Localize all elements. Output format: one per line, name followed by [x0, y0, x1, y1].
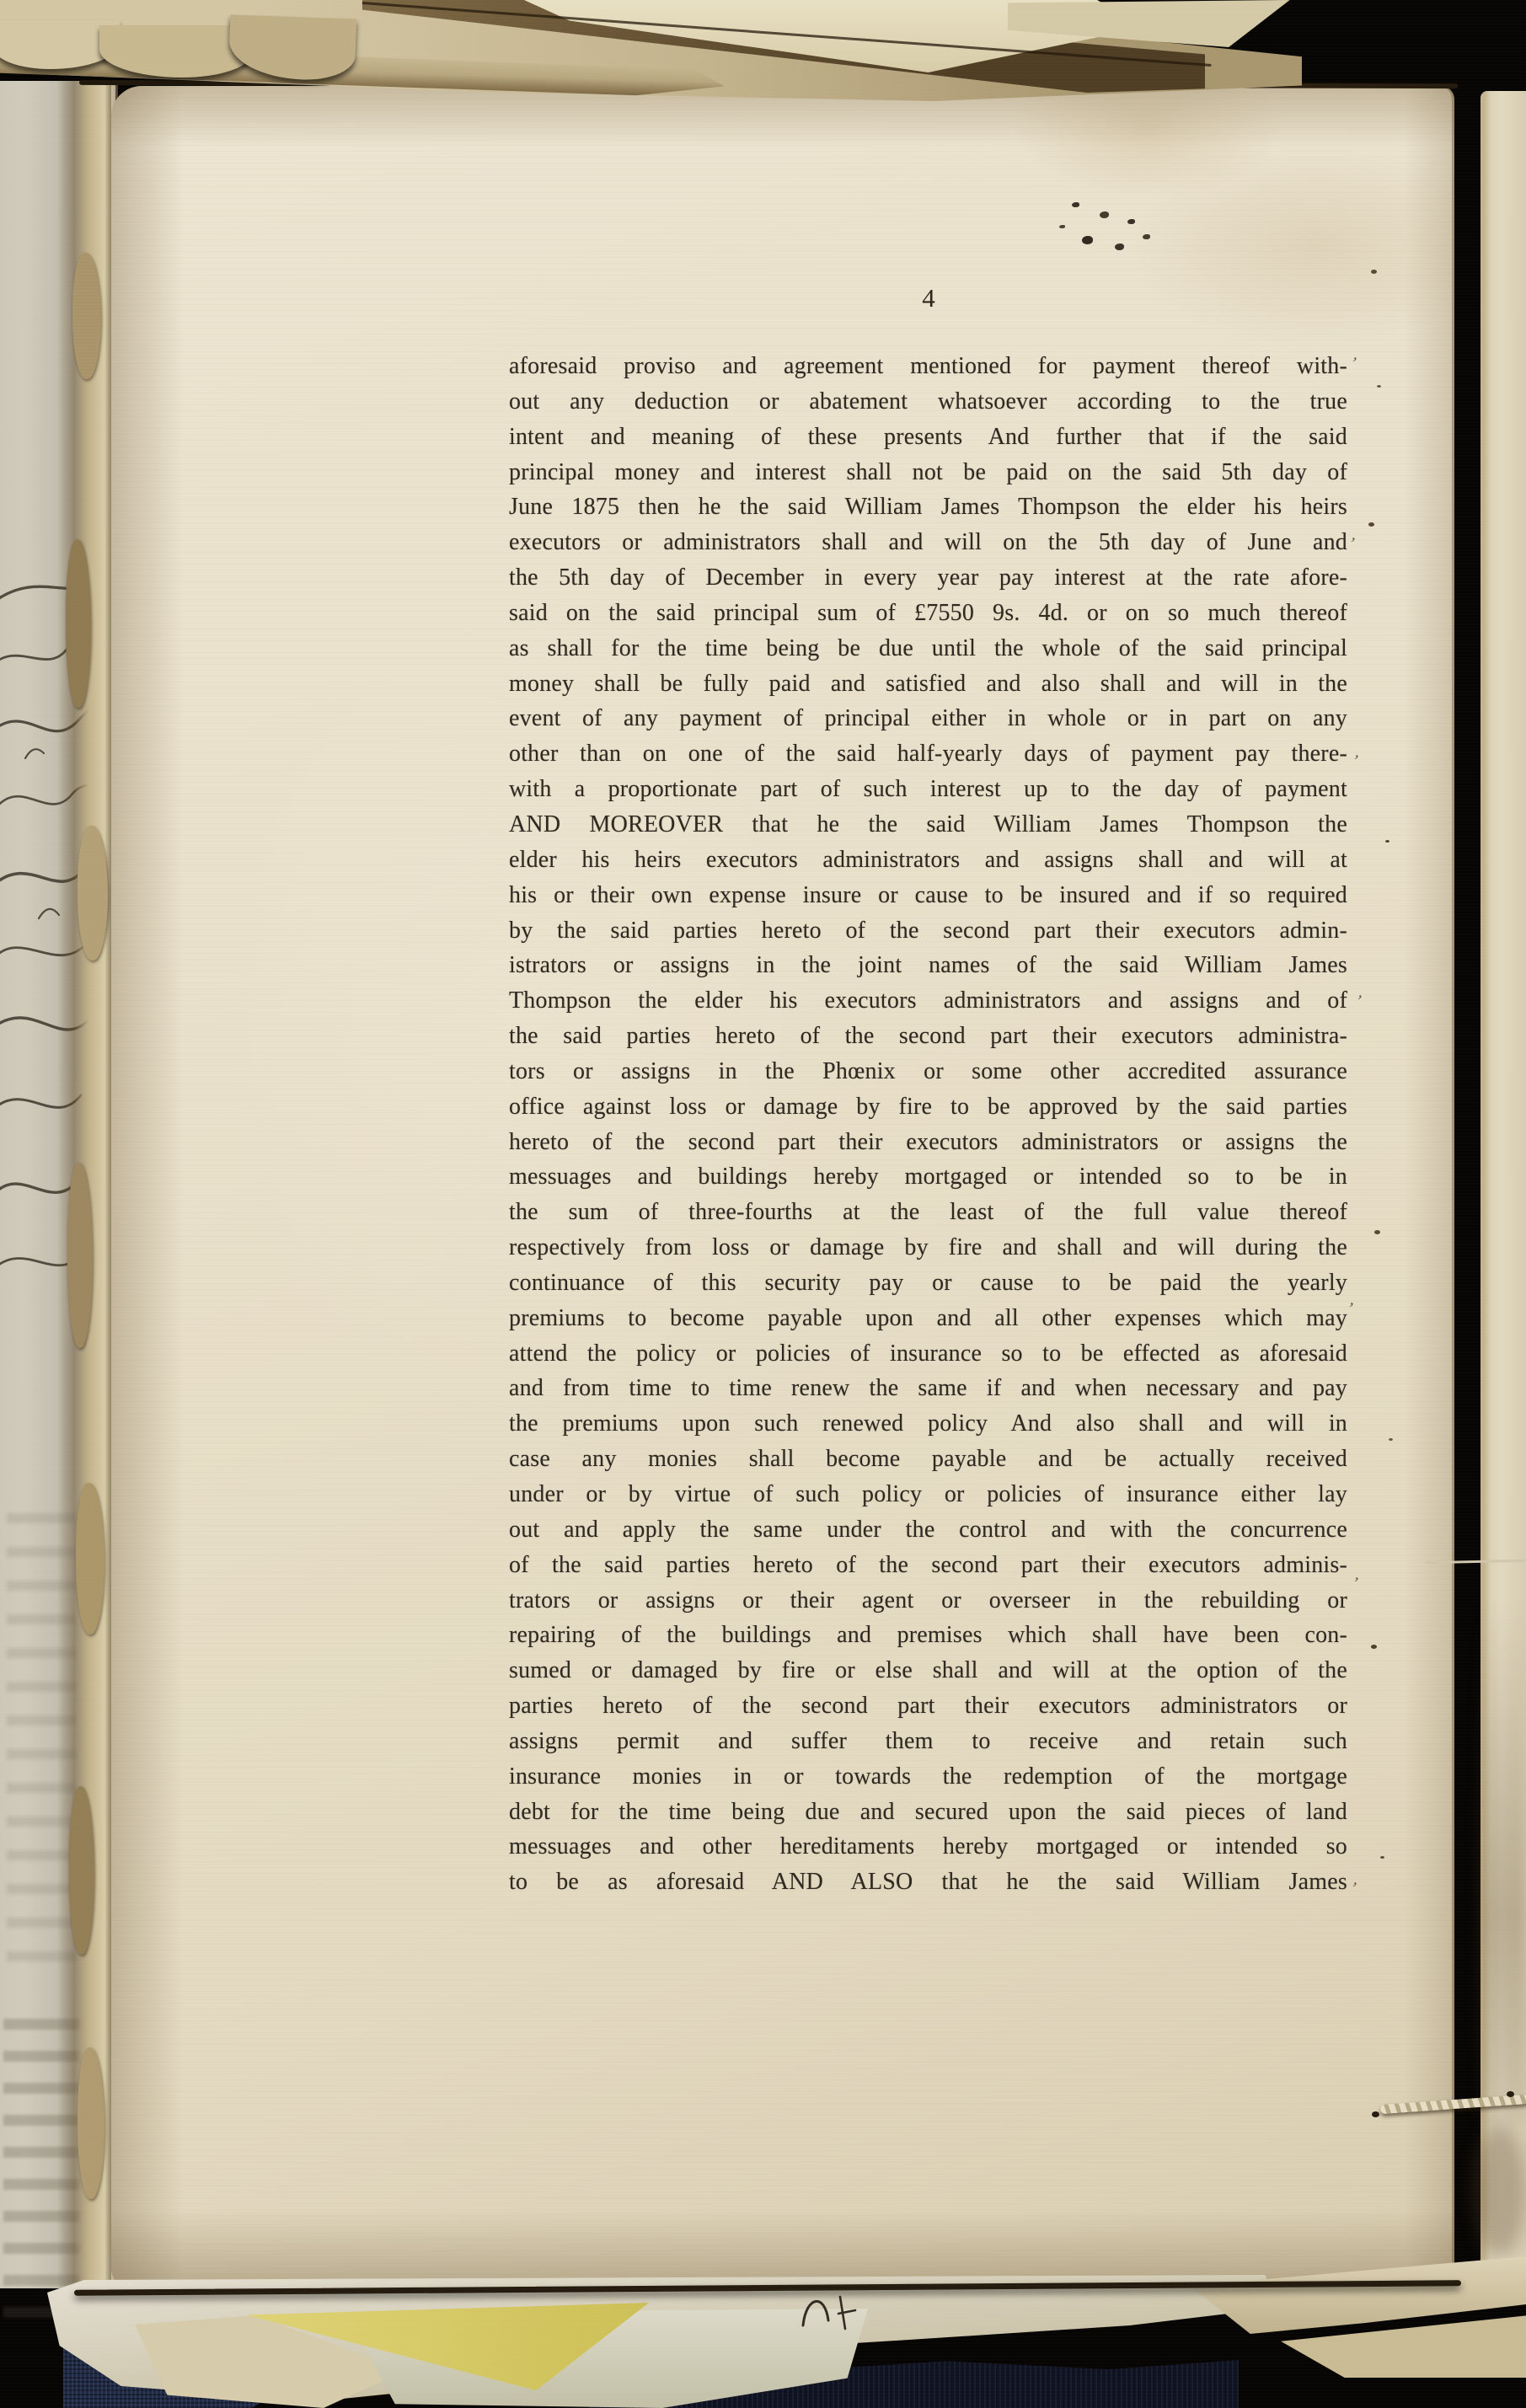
text-line: office against loss or damage by fire to… [509, 1089, 1347, 1125]
margin-mark: ’ [1347, 354, 1357, 374]
margin-mark: ’ [1349, 1574, 1359, 1594]
text-line: sumed or damaged by fire or else shall a… [509, 1653, 1347, 1688]
text-line: and from time to time renew the same if … [509, 1371, 1347, 1406]
text-line: principal money and interest shall not b… [509, 455, 1347, 490]
stitch-hole [1372, 2111, 1379, 2117]
text-line: tors or assigns in the Phœnix or some ot… [509, 1054, 1347, 1089]
text-line: intent and meaning of these presents And… [509, 420, 1347, 455]
text-line: parties hereto of the second part their … [509, 1688, 1347, 1724]
text-line: June 1875 then he the said William James… [509, 490, 1347, 525]
text-line: his or their own expense insure or cause… [509, 878, 1347, 913]
text-line: under or by virtue of such policy or pol… [509, 1477, 1347, 1512]
stitch-hole [1507, 2091, 1514, 2097]
handwritten-mark [796, 2288, 897, 2339]
main-page: 4 aforesaid proviso and agreement mentio… [111, 86, 1454, 2290]
text-line: attend the policy or policies of insuran… [509, 1336, 1347, 1372]
ink-smudge-cluster [1072, 202, 1079, 207]
thread-shadow [1475, 2123, 1525, 2258]
text-line: other than on one of the said half-yearl… [509, 736, 1347, 772]
margin-mark: ’ [1349, 752, 1359, 772]
text-line: the 5th day of December in every year pa… [509, 560, 1347, 596]
page-number: 4 [902, 283, 956, 313]
text-line: messuages and other hereditaments hereby… [509, 1829, 1347, 1865]
margin-mark: ’ [1346, 534, 1356, 554]
text-line: to be as aforesaid AND ALSO that he the … [509, 1865, 1347, 1900]
text-line: executors or administrators shall and wi… [509, 525, 1347, 560]
text-line: debt for the time being due and secured … [509, 1795, 1347, 1830]
page-text: aforesaid proviso and agreement mentione… [509, 349, 1347, 1900]
paper-flecks [1371, 270, 1377, 274]
text-line: messuages and buildings hereby mortgaged… [509, 1159, 1347, 1195]
torn-paper-chip [72, 253, 101, 379]
text-line: of the said parties hereto of the second… [509, 1548, 1347, 1583]
text-line: assigns permit and suffer them to receiv… [509, 1724, 1347, 1759]
text-line: the said parties hereto of the second pa… [509, 1019, 1347, 1054]
text-line: elder his heirs executors administrators… [509, 843, 1347, 878]
text-line: said on the said principal sum of £7550 … [509, 596, 1347, 631]
text-line: the premiums upon such renewed policy An… [509, 1406, 1347, 1442]
text-line: premiums to become payable upon and all … [509, 1301, 1347, 1336]
text-line: with a proportionate part of such intere… [509, 772, 1347, 807]
text-line: money shall be fully paid and satisfied … [509, 666, 1347, 702]
text-line: insurance monies in or towards the redem… [509, 1759, 1347, 1795]
text-line: repairing of the buildings and premises … [509, 1618, 1347, 1653]
text-line: event of any payment of principal either… [509, 701, 1347, 736]
text-line: case any monies shall become payable and… [509, 1442, 1347, 1477]
book-photograph: 4 aforesaid proviso and agreement mentio… [0, 0, 1526, 2408]
text-line: the sum of three-fourths at the least of… [509, 1195, 1347, 1230]
margin-mark: ’ [1352, 992, 1363, 1012]
margin-mark: ’ [1347, 1879, 1357, 1899]
text-line: out and apply the same under the control… [509, 1512, 1347, 1548]
text-line: istrators or assigns in the joint names … [509, 948, 1347, 983]
text-line: respectively from loss or damage by fire… [509, 1230, 1347, 1266]
facing-page-shadow [1480, 1601, 1526, 2123]
text-line: aforesaid proviso and agreement mentione… [509, 349, 1347, 384]
text-line: by the said parties hereto of the second… [509, 913, 1347, 949]
text-line: Thompson the elder his executors adminis… [509, 983, 1347, 1019]
text-line: AND MOREOVER that he the said William Ja… [509, 807, 1347, 843]
text-line: as shall for the time being be due until… [509, 631, 1347, 666]
text-line: out any deduction or abatement whatsoeve… [509, 384, 1347, 420]
text-line: trators or assigns or their agent or ove… [509, 1583, 1347, 1619]
text-line: continuance of this security pay or caus… [509, 1266, 1347, 1301]
text-line: hereto of the second part their executor… [509, 1125, 1347, 1160]
